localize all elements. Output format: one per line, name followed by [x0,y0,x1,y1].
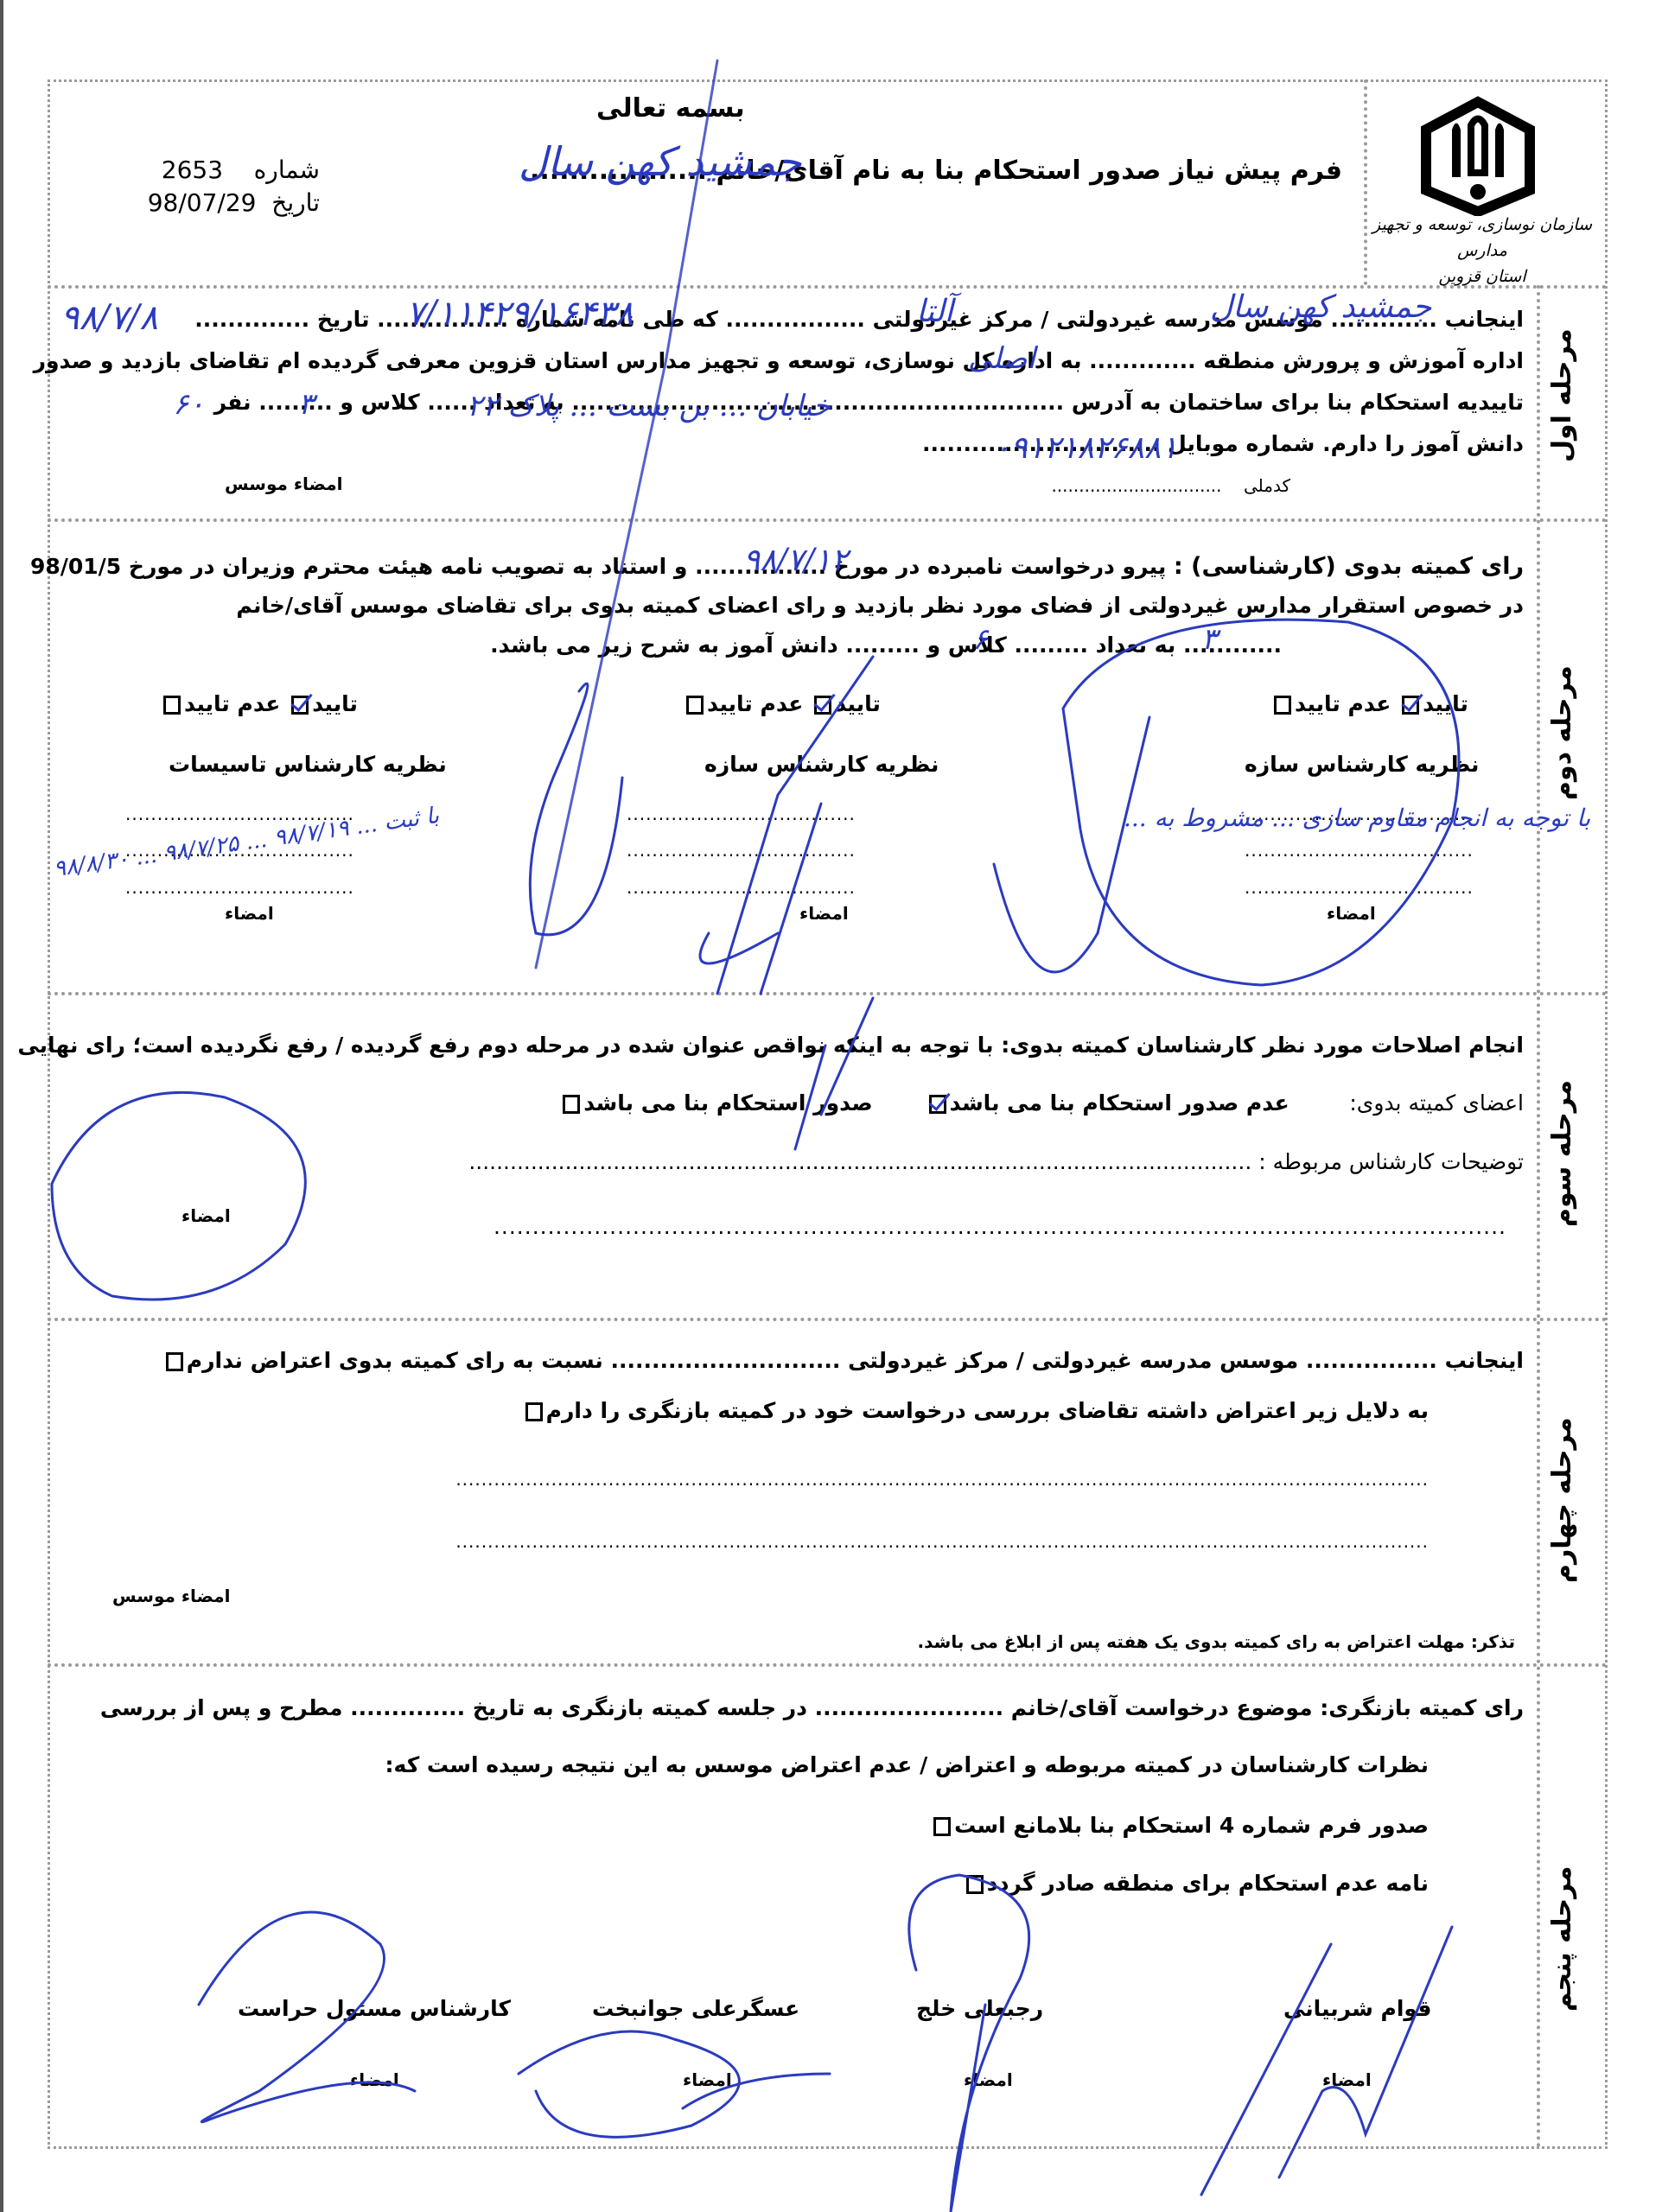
reviewer2-title: نظریه کارشناس سازه [704,752,939,777]
handwritten-applicant-name: جمشید کهن سال [519,138,801,185]
stage4-objection: به دلایل زیر اعتراض داشته تقاضای بررسی د… [522,1398,1429,1423]
stage5-line2-a: نظرات کارشناسان در کمیته مربوطه و [1023,1752,1429,1777]
approve-label: تایید [835,691,881,716]
stage3-label: مرحله سوم [1547,1080,1577,1253]
option2-label: نامه عدم استحکام برای منطقه صادر گردد [987,1871,1429,1896]
number-value: 2653 [162,156,223,184]
logo-divider [1364,79,1367,285]
hw-stage2-students: ۶ [972,622,988,657]
option1-label: صدور فرم شماره 4 استحکام بنا بلامانع است [954,1813,1429,1838]
reviewer1-options: تایید عدم تایید [1270,691,1468,716]
notes-dots: ........................................… [468,1149,1251,1174]
stage3-intro-line: انجام اصلاحات مورد نظر کارشناسان کمیته ب… [17,1033,1524,1058]
hw-classes: ۳ [298,387,314,422]
reviewer3-dots-3: .................................... [125,877,354,898]
stage1-line2: اداره آموزش و پرورش منطقه ............. … [34,348,1524,373]
hw-region: اصلی [968,341,1035,376]
reviewer1-sign: امضاء [1327,903,1376,924]
stage5-line1-rest: موضوع درخواست آقای/خانم ................… [100,1695,1313,1720]
objection-reason-line-2[interactable]: ........................................… [455,1531,1429,1552]
stage1-divider [48,518,1608,522]
signatory-1-sign: امضاء [1322,2069,1372,2090]
stage4-line1-text: اینجانب ................ موسس مدرسه غیرد… [339,1348,1524,1373]
no-issue-label: عدم صدور استحکام بنا می باشد [950,1090,1289,1116]
stage1-line3: تاییدیه استحکام بنا برای ساختمان به آدرس… [214,390,1524,415]
stage3-divider [48,1318,1608,1321]
objection-label: به دلایل زیر اعتراض داشته تقاضای بررسی د… [546,1398,1429,1423]
stage4-divider [48,1663,1608,1667]
stage2-line3: ............ به تعداد ......... کلاس و .… [490,632,1282,658]
stage5-line2-c: موسس به این نتیجه رسیده است که: [385,1752,774,1777]
reviewer1-title: نظریه کارشناس سازه [1245,752,1479,777]
approve-label: تایید [1423,691,1468,716]
stage3-sign: امضاء [181,1205,231,1226]
reviewer2-options: تایید عدم تایید [683,691,881,716]
stage5-line1: رای کمیته بازنگری: موضوع درخواست آقای/خا… [100,1695,1524,1720]
signatory-2-name: رجبعلی خلج [916,1996,1043,2021]
national-id-label: کدملی [1244,475,1290,496]
stage5-line2-b: اعتراض / عدم اعتراض [780,1752,1016,1777]
form-date: تاریخ 98/07/29 [104,188,320,217]
no-objection-label: اعتراض ندارم [187,1348,331,1373]
issue-checkbox[interactable] [563,1095,580,1114]
date-label: تاریخ [271,188,320,217]
reviewer2-dots-2: .................................... [627,840,856,861]
stage2-line1-rest: پیرو درخواست نامبرده در مورخ ...........… [30,554,1166,579]
approve-checkbox[interactable] [1402,696,1419,715]
org-name: سازمان نوسازی، توسعه و تجهیز مدارس [1370,212,1595,264]
reviewer3-sign: امضاء [225,903,274,924]
signatory-4-sign: امضاء [350,2069,399,2090]
reject-checkbox[interactable] [1274,696,1291,715]
reviewer2-dots-3: .................................... [627,877,856,898]
notes-dots-2: ........................................… [494,1214,1506,1239]
issue-label: صدور استحکام بنا می باشد [583,1090,873,1116]
hw-stage2-classes: ۳ [1201,622,1217,657]
option2-checkbox[interactable] [966,1875,984,1894]
reviewer2-sign: امضاء [799,903,849,924]
org-province: استان قزوین [1370,264,1595,289]
hw-letter-number: ۷/۱۱۴۲۹/۱۶۴۳۸ [406,294,634,334]
reviewer1-hw-note: با توجه به انجام مقاوم سازی ... مشروط به… [1124,804,1590,832]
signatory-3-name: عسگرعلی جوانبخت [592,1996,799,2021]
stage3-intro: انجام اصلاحات مورد نظر کارشناسان کمیته ب… [1001,1033,1524,1058]
stage4-sign: امضاء موسس [112,1586,231,1606]
objection-deadline-note: تذکر: مهلت اعتراض به رای کمیته بدوی یک ه… [918,1631,1515,1652]
founder-sign-label: امضاء موسس [225,474,343,494]
stage2-line2: در خصوص استقرار مدارس غیردولتی از فضای م… [236,593,1524,618]
approve-checkbox[interactable] [814,696,831,715]
signatory-3-sign: امضاء [683,2069,732,2090]
reviewer3-title: نظریه کارشناس تاسیسات [169,752,447,777]
signatory-4-name: کارشناس مسئول حراست [238,1996,511,2021]
stage5-option2: نامه عدم استحکام برای منطقه صادر گردد [963,1871,1429,1896]
hw-school-name: آلتا [916,294,953,329]
stage5-option1: صدور فرم شماره 4 استحکام بنا بلامانع است [930,1813,1429,1838]
org-logo-icon [1417,95,1538,216]
reviewer3-options: تایید عدم تایید [160,691,358,716]
stage4-label: مرحله چهارم [1547,1417,1577,1607]
no-objection-checkbox[interactable] [166,1352,183,1371]
stage-column-divider [1537,285,1540,2149]
approve-checkbox[interactable] [291,696,309,715]
stage1-label: مرحله اول [1547,328,1577,501]
hw-letter-date: ۹۸/۷/۸ [60,298,158,338]
number-label: شماره [254,156,320,184]
hw-students: ۶۰ [173,387,205,422]
signatory-2-sign: امضاء [964,2069,1013,2090]
stage4-line1: اینجانب ................ موسس مدرسه غیرد… [162,1348,1524,1373]
org-caption: سازمان نوسازی، توسعه و تجهیز مدارس استان… [1370,212,1595,289]
members-label: اعضای کمیته بدوی: [1349,1090,1524,1116]
stage5-label: مرحله پنجم [1547,1866,1577,2039]
hw-applicant-name: جمشید کهن سال [1210,289,1431,325]
stage2-divider [48,992,1608,995]
date-value: 98/07/29 [148,188,257,217]
national-id-dots: ............................... [1051,475,1221,496]
reject-checkbox[interactable] [163,696,181,715]
form-number: شماره 2653 [104,156,320,184]
reject-label: عدم تایید [707,691,803,716]
stage3-decision: اعضای کمیته بدوی: عدم صدور استحکام بنا م… [559,1090,1524,1116]
objection-reason-line-1[interactable]: ........................................… [455,1469,1429,1490]
hw-request-date: ۹۸/۷/۱۲ [743,543,848,578]
option1-checkbox[interactable] [933,1817,951,1836]
stage5-intro: رای کمیته بازنگری: [1320,1695,1524,1720]
no-issue-checkbox[interactable] [929,1095,946,1114]
reject-label: عدم تایید [1295,691,1391,716]
objection-checkbox[interactable] [525,1402,543,1421]
reviewer1-dots-2: .................................... [1245,840,1474,861]
reviewer2-dots-1: .................................... [627,804,856,824]
stage5-line2: نظرات کارشناسان در کمیته مربوطه و اعتراض… [385,1752,1429,1777]
national-id-field[interactable]: کدملی ............................... [1051,475,1290,496]
reject-checkbox[interactable] [686,696,704,715]
hw-address: خیابان ... بن بست ... پلاک ۲۲ [467,389,831,423]
notes-label: توضیحات کارشناس مربوطه : [1258,1149,1524,1174]
hw-mobile: ۰۹۱۲۱۸۲۶۸۸۱ [994,430,1178,466]
signatory-1-name: قوام شربیانی [1283,1996,1431,2021]
expert-notes-field[interactable]: توضیحات کارشناس مربوطه : ...............… [468,1149,1524,1174]
approve-label: تایید [312,691,358,716]
reviewer1-dots-3: .................................... [1245,877,1474,898]
stage3-intro-rest: با توجه به اینکه نواقص عنوان شده در مرحل… [17,1033,993,1058]
scan-edge [0,0,3,2212]
stage2-intro: رای کمیته بدوی (کارشناسی) : [1174,553,1524,580]
basmala: بسمه تعالی [596,93,745,124]
reject-label: عدم تایید [184,691,280,716]
